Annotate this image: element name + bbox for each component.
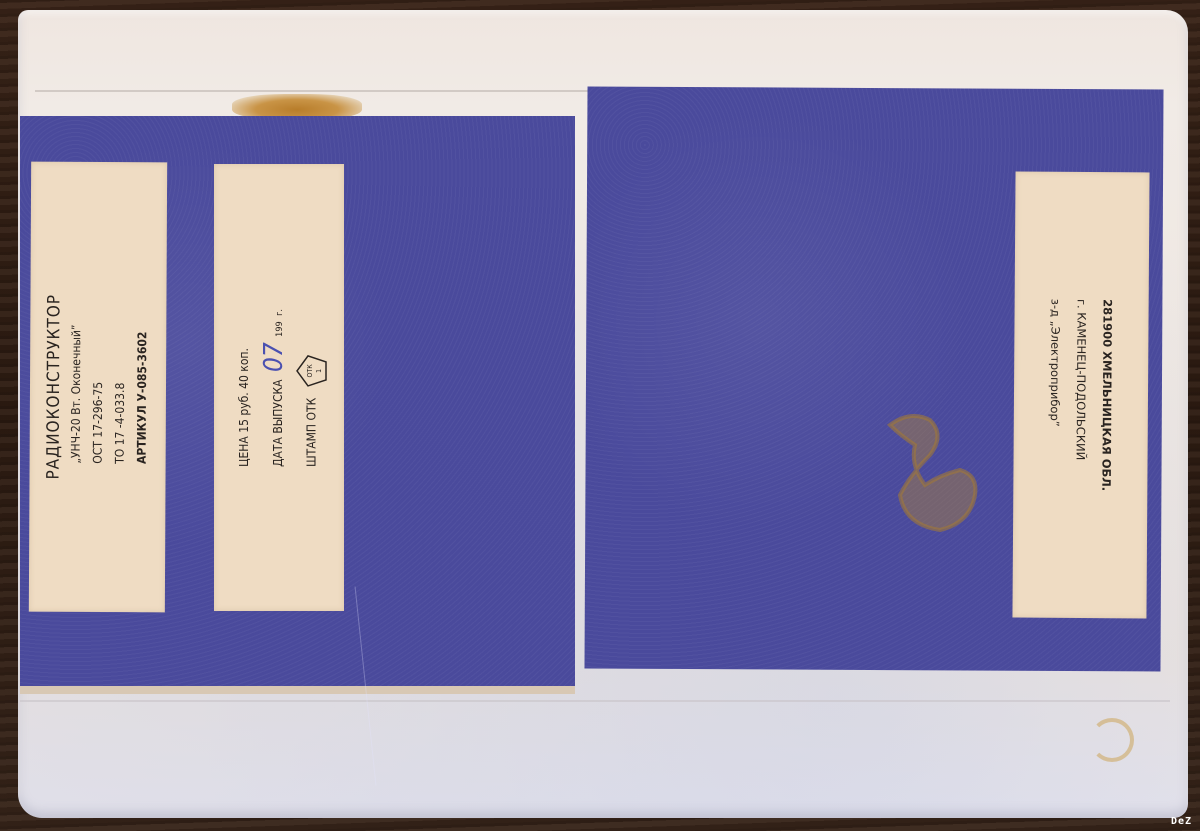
price-text: ЦЕНА 15 руб. 40 коп. — [229, 309, 259, 467]
otk-stamp-text: ОТК — [306, 364, 314, 378]
otk-stamp-icon: ОТК 1 — [295, 354, 329, 388]
release-date-label: ДАТА ВЫПУСКА — [271, 379, 285, 466]
manufacturer-city: г. КАМЕНЕЦ-ПОДОЛЬСКИЙ — [1067, 299, 1094, 491]
watermark: DeZ — [1171, 816, 1192, 827]
stamp-label: ШТАМП ОТК — [305, 397, 319, 466]
stain-mark-center — [870, 405, 990, 545]
release-date-line: ДАТА ВЫПУСКА 07 199 г. — [259, 309, 295, 467]
manufacturer-address: 281900 ХМЕЛЬНИЦКАЯ ОБЛ. — [1093, 299, 1120, 491]
price-label-text: ЦЕНА 15 руб. 40 коп. ДАТА ВЫПУСКА 07 199… — [229, 309, 329, 467]
foam-edge-bottom — [20, 700, 1170, 702]
product-article: АРТИКУЛ У-085-3602 — [131, 294, 154, 480]
stamp-line: ШТАМП ОТК ОТК 1 — [295, 309, 329, 467]
otk-stamp-number: 1 — [315, 369, 323, 373]
release-year: 199 — [275, 321, 285, 336]
manufacturer-label: 281900 ХМЕЛЬНИЦКАЯ ОБЛ. г. КАМЕНЕЦ-ПОДОЛ… — [1012, 172, 1149, 619]
product-standard: ОСТ 17-296-75 — [87, 294, 110, 480]
release-date-handwritten: 07 — [259, 342, 289, 372]
product-spec: ТО 17 -4-033.8 — [109, 294, 132, 480]
release-year-suffix: г. — [275, 309, 285, 316]
product-title: РАДИОКОНСТРУКТОР — [43, 294, 66, 480]
stain-ring-bottom — [1090, 718, 1134, 762]
price-label: ЦЕНА 15 руб. 40 коп. ДАТА ВЫПУСКА 07 199… — [214, 164, 344, 611]
manufacturer-label-text: 281900 ХМЕЛЬНИЦКАЯ ОБЛ. г. КАМЕНЕЦ-ПОДОЛ… — [1041, 299, 1120, 492]
manufacturer-factory: з-д „Электроприбор” — [1041, 299, 1068, 491]
product-label-text: РАДИОКОНСТРУКТОР „УНЧ-20 Вт. Оконечный” … — [43, 294, 154, 480]
product-model: „УНЧ-20 Вт. Оконечный” — [65, 294, 88, 480]
product-label: РАДИОКОНСТРУКТОР „УНЧ-20 Вт. Оконечный” … — [29, 162, 167, 613]
